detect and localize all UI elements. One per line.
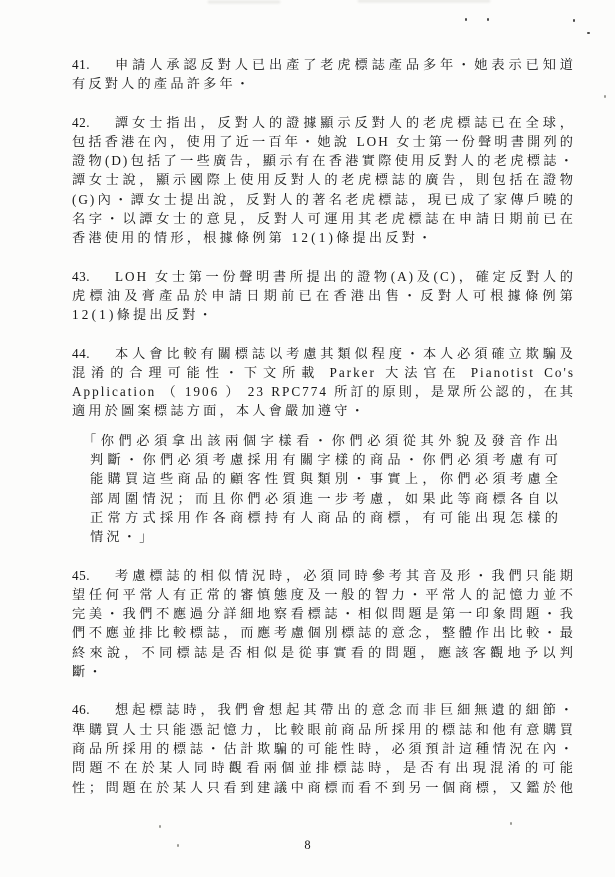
- paragraph-43: 43. LOH 女士第一份聲明書所提出的證物(A)及(C)，確定反對人的 虎標油…: [72, 267, 575, 325]
- scan-speck: [587, 32, 590, 34]
- text-line: 43. LOH 女士第一份聲明書所提出的證物(A)及(C)，確定反對人的: [72, 267, 575, 286]
- text-line: 準購買人士只能憑記憶力，比較眼前商品所採用的標誌和他有意購買: [72, 720, 575, 739]
- text-line: 46. 想起標誌時，我們會想起其帶出的意念而非巨細無遺的細節・: [72, 700, 575, 719]
- scan-speck: [573, 19, 575, 22]
- text-line: 問題不在於某人同時觀看兩個並排標誌時，是否有出現混淆的可能: [72, 758, 575, 777]
- text-line: (G)內・譚女士提出說，反對人的著名老虎標誌，現已成了家傳戶曉的: [72, 190, 575, 209]
- text-line: 包括香港在內，使用了近一百年・她說 LOH 女士第一份聲明書開列的: [72, 132, 575, 151]
- text-line: LOH 女士第一份聲明書所提出的證物(A)及(C)，確定反對人的: [115, 267, 575, 286]
- text-line: 正常方式採用作各商標持有人商品的商標，有可能出現怎樣的: [90, 508, 560, 527]
- text-line: 申請人承認反對人已出產了老虎標誌產品多年・她表示已知道: [115, 55, 575, 74]
- text-line: 42. 譚女士指出，反對人的證據顯示反對人的老虎標誌已在全球，: [72, 113, 575, 132]
- text-line: 想起標誌時，我們會想起其帶出的意念而非巨細無遺的細節・: [115, 700, 575, 719]
- text-line: 12(1)條提出反對・: [72, 305, 575, 324]
- text-line: 譚女士說，顯示國際上使用反對人的老虎標誌的廣告，則包括在證物: [72, 170, 575, 189]
- page-number: 8: [0, 838, 615, 853]
- paragraph-42: 42. 譚女士指出，反對人的證據顯示反對人的老虎標誌已在全球， 包括香港在內，使…: [72, 113, 575, 248]
- text-line: 香港使用的情形，根據條例第 12(1)條提出反對・: [72, 228, 575, 247]
- text-line: 虎標油及膏產品於申請日期前已在香港出售・反對人可根據條例第: [72, 286, 575, 305]
- paragraph-44: 44. 本人會比較有關標誌以考慮其類似程度・本人必須確立欺騙及 混淆的合理可能性…: [72, 344, 575, 421]
- text-line: 證物(D)包括了一些廣告，顯示有在香港實際使用反對人的老虎標誌・: [72, 151, 575, 170]
- paragraph-number: 41.: [72, 55, 115, 74]
- document-body: 41. 申請人承認反對人已出產了老虎標誌產品多年・她表示已知道 有反對人的產品許…: [72, 55, 575, 816]
- text-line: Application （ 1906 ） 23 RPC774 所訂的原則，是眾所…: [72, 382, 575, 401]
- text-line: 譚女士指出，反對人的證據顯示反對人的老虎標誌已在全球，: [115, 113, 575, 132]
- text-line: 判斷・你們必須考慮採用有關字樣的商品・你們必須考慮有可: [90, 450, 560, 469]
- quotation-block: 「你們必須拿出該兩個字樣看・你們必須從其外貌及發音作出 判斷・你們必須考慮採用有…: [90, 431, 560, 547]
- text-line: 完美・我們不應過分詳細地察看標誌・相似問題是第一印象問題・我: [72, 604, 575, 623]
- scan-speck: [159, 825, 161, 828]
- text-line: 本人會比較有關標誌以考慮其類似程度・本人必須確立欺騙及: [115, 344, 575, 363]
- paragraph-number: 44.: [72, 344, 115, 363]
- paragraph-number: 43.: [72, 267, 115, 286]
- text-line: 情況・」: [90, 527, 560, 546]
- scan-speck: [510, 822, 512, 825]
- text-line: 能購買這些商品的顧客性質與類別・事實上，你們必須考慮全: [90, 469, 560, 488]
- scan-smudge: [208, 1, 280, 3]
- text-line: 適用於圖案標誌方面，本人會嚴加遵守・: [72, 401, 575, 420]
- text-line: 「你們必須拿出該兩個字樣看・你們必須從其外貌及發音作出: [90, 431, 560, 450]
- scan-speck: [487, 18, 489, 21]
- text-line: 45. 考慮標誌的相似情況時，必須同時參考其音及形・我們只能期: [72, 566, 575, 585]
- text-line: 名字・以譚女士的意見，反對人可運用其老虎標誌在申請日期前已在: [72, 209, 575, 228]
- paragraph-number: 42.: [72, 113, 115, 132]
- text-line: 41. 申請人承認反對人已出產了老虎標誌產品多年・她表示已知道: [72, 55, 575, 74]
- text-line: 斷・: [72, 662, 575, 681]
- text-line: 部周圍情況；而且你們必須進一步考慮，如果此等商標各自以: [90, 489, 560, 508]
- paragraph-number: 45.: [72, 566, 115, 585]
- text-line: 有反對人的產品許多年・: [72, 74, 575, 93]
- text-line: 44. 本人會比較有關標誌以考慮其類似程度・本人必須確立欺騙及: [72, 344, 575, 363]
- text-line: 性；問題在於某人只看到建議中商標而看不到另一個商標，又鑑於他: [72, 778, 575, 797]
- scan-speck: [604, 95, 606, 98]
- scan-smudge: [358, 0, 490, 2]
- paragraph-46: 46. 想起標誌時，我們會想起其帶出的意念而非巨細無遺的細節・ 準購買人士只能憑…: [72, 700, 575, 796]
- text-line: 終來說，不同標誌是否相似是從事實看的問題，應該客觀地予以判: [72, 643, 575, 662]
- document-page: 41. 申請人承認反對人已出產了老虎標誌產品多年・她表示已知道 有反對人的產品許…: [0, 0, 615, 877]
- paragraph-41: 41. 申請人承認反對人已出產了老虎標誌產品多年・她表示已知道 有反對人的產品許…: [72, 55, 575, 94]
- text-line: 商品所採用的標誌・估計欺騙的可能性時，必須預計這種情況在內・: [72, 739, 575, 758]
- scan-speck: [465, 18, 467, 21]
- text-line: 混淆的合理可能性・下文所載 Parker 大法官在 Pianotist Co's: [72, 363, 575, 382]
- text-line: 望任何平常人有正常的審慎態度及一般的智力・平常人的記憶力並不: [72, 585, 575, 604]
- paragraph-number: 46.: [72, 700, 115, 719]
- text-line: 考慮標誌的相似情況時，必須同時參考其音及形・我們只能期: [115, 566, 575, 585]
- paragraph-45: 45. 考慮標誌的相似情況時，必須同時參考其音及形・我們只能期 望任何平常人有正…: [72, 566, 575, 682]
- text-line: 們不應並排比較標誌，而應考慮個別標誌的意念，整體作出比較・最: [72, 623, 575, 642]
